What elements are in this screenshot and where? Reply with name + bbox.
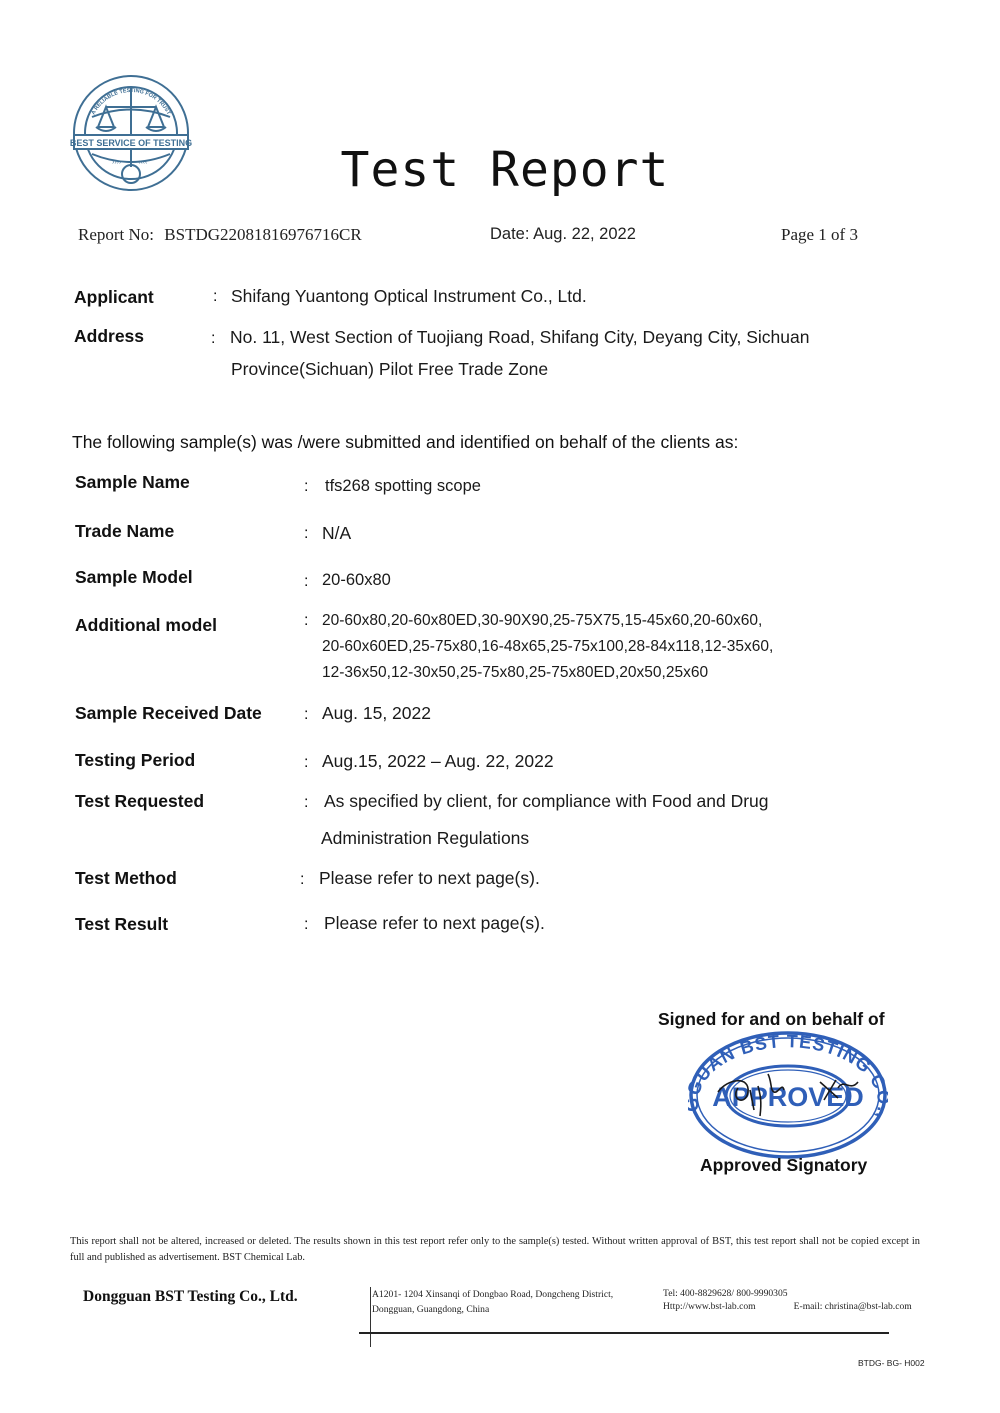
report-date: Date: Aug. 22, 2022 <box>490 225 636 244</box>
sample-received-date-label: Sample Received Date <box>75 703 262 724</box>
trade-name-value: N/A <box>322 523 351 544</box>
additional-model-list: 20-60x80,20-60x80ED,30-90X90,25-75X75,15… <box>322 608 773 686</box>
colon: : <box>304 573 308 591</box>
additional-model-label: Additional model <box>75 615 217 636</box>
sample-model-value: 20-60x80 <box>322 571 391 590</box>
applicant-value: Shifang Yuantong Optical Instrument Co.,… <box>231 286 587 307</box>
colon: : <box>304 612 308 630</box>
svg-text:APPROVED: APPROVED <box>712 1082 864 1112</box>
signed-on-behalf-heading: Signed for and on behalf of <box>658 1009 885 1030</box>
test-method-label: Test Method <box>75 868 177 889</box>
additional-model-line-3: 12-36x50,12-30x50,25-75x80,25-75x80ED,20… <box>322 660 773 686</box>
test-requested-line-1: As specified by client, for compliance w… <box>324 791 769 812</box>
additional-model-line-2: 20-60x60ED,25-75x80,16-48x65,25-75x100,2… <box>322 634 773 660</box>
address-label: Address <box>74 326 144 347</box>
approved-stamp: DONGGUAN BST TESTING CO.,LTD APPROVED <box>688 1030 888 1160</box>
trade-name-label: Trade Name <box>75 521 174 542</box>
approved-stamp-icon: DONGGUAN BST TESTING CO.,LTD APPROVED <box>688 1030 888 1160</box>
report-number: Report No: BSTDG22081816976716CR <box>78 225 362 245</box>
colon: : <box>213 288 217 306</box>
page-title: Test Report <box>0 142 1000 198</box>
applicant-label: Applicant <box>74 287 154 308</box>
form-code: BTDG- BG- H002 <box>858 1358 925 1368</box>
footer-address-line-2: Dongguan, Guangdong, China <box>372 1302 613 1317</box>
colon: : <box>304 794 308 812</box>
report-date-value: Aug. 22, 2022 <box>533 225 636 243</box>
footer-divider-vertical <box>370 1287 371 1347</box>
footer-website-link[interactable]: Http://www.bst-lab.com <box>663 1300 756 1313</box>
footer-address-line-1: A1201- 1204 Xinsanqi of Dongbao Road, Do… <box>372 1287 613 1302</box>
page-indicator: Page 1 of 3 <box>781 225 858 245</box>
sample-name-value: tfs268 spotting scope <box>325 477 481 496</box>
colon: : <box>304 916 308 934</box>
footer-contact: Tel: 400-8829628/ 800-9990305 Http://www… <box>663 1287 912 1313</box>
test-result-value: Please refer to next page(s). <box>324 913 545 934</box>
footer-tel: Tel: 400-8829628/ 800-9990305 <box>663 1287 912 1300</box>
sample-model-label: Sample Model <box>75 567 193 588</box>
report-date-label: Date: <box>490 225 529 243</box>
intro-text: The following sample(s) was /were submit… <box>72 432 738 453</box>
colon: : <box>304 754 308 772</box>
sample-received-date-value: Aug. 15, 2022 <box>322 703 431 724</box>
footer-address: A1201- 1204 Xinsanqi of Dongbao Road, Do… <box>372 1287 613 1317</box>
footer-divider-horizontal <box>359 1332 889 1334</box>
address-line-2: Province(Sichuan) Pilot Free Trade Zone <box>231 359 548 380</box>
footer-company-name: Dongguan BST Testing Co., Ltd. <box>83 1288 298 1306</box>
report-number-value: BSTDG22081816976716CR <box>164 225 361 244</box>
colon: : <box>304 478 308 496</box>
test-result-label: Test Result <box>75 914 168 935</box>
colon: : <box>304 525 308 543</box>
test-requested-line-2: Administration Regulations <box>321 828 529 849</box>
disclaimer-text: This report shall not be altered, increa… <box>70 1234 920 1265</box>
additional-model-line-1: 20-60x80,20-60x80ED,30-90X90,25-75X75,15… <box>322 608 773 634</box>
footer-email-link[interactable]: E-mail: christina@bst-lab.com <box>794 1300 912 1313</box>
address-line-1: No. 11, West Section of Tuojiang Road, S… <box>230 327 809 348</box>
sample-name-label: Sample Name <box>75 472 190 493</box>
test-method-value: Please refer to next page(s). <box>319 868 540 889</box>
testing-period-label: Testing Period <box>75 750 195 771</box>
report-number-label: Report No: <box>78 225 154 244</box>
testing-period-value: Aug.15, 2022 – Aug. 22, 2022 <box>322 751 554 772</box>
colon: : <box>211 330 215 348</box>
approved-signatory-label: Approved Signatory <box>700 1155 867 1176</box>
colon: : <box>300 871 304 889</box>
colon: : <box>304 706 308 724</box>
test-requested-label: Test Requested <box>75 791 204 812</box>
